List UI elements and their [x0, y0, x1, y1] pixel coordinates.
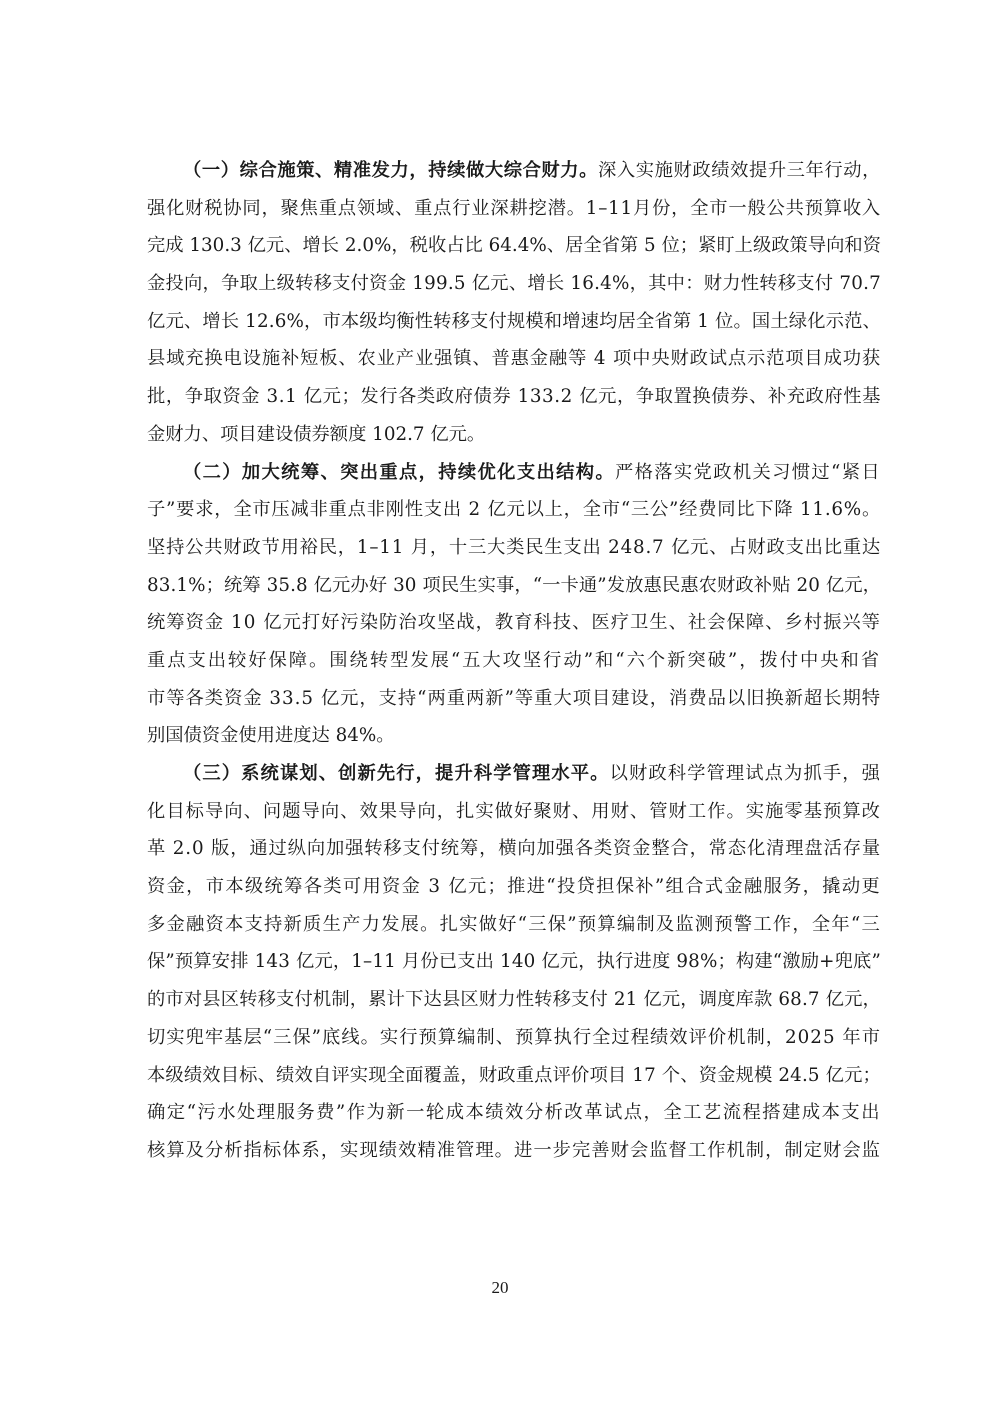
text-line: 83.1%；统筹 35.8 亿元办好 30 项民生实事，“一卡通”发放惠民惠农财…	[147, 567, 881, 605]
page-number: 20	[0, 1278, 1000, 1298]
document-body: （一）综合施策、精准发力，持续做大综合财力。深入实施财政绩效提升三年行动， 强化…	[147, 152, 881, 1170]
text-line: 县域充换电设施补短板、农业产业强镇、普惠金融等 4 项中央财政试点示范项目成功获	[147, 340, 881, 378]
paragraph-3: （三）系统谋划、创新先行，提升科学管理水平。以财政科学管理试点为抓手，强 化目标…	[147, 755, 881, 1170]
text-line: （一）综合施策、精准发力，持续做大综合财力。深入实施财政绩效提升三年行动，	[147, 152, 881, 190]
text-line: 确定“污水处理服务费”作为新一轮成本绩效分析改革试点，全工艺流程搭建成本支出	[147, 1094, 881, 1132]
text-line: 的市对县区转移支付机制，累计下达县区财力性转移支付 21 亿元，调度库款 68.…	[147, 981, 881, 1019]
text-line: 别国债资金使用进度达 84%。	[147, 717, 881, 755]
text-line: 统筹资金 10 亿元打好污染防治攻坚战，教育科技、医疗卫生、社会保障、乡村振兴等	[147, 604, 881, 642]
paragraph-1: （一）综合施策、精准发力，持续做大综合财力。深入实施财政绩效提升三年行动， 强化…	[147, 152, 881, 454]
text-line: 市等各类资金 33.5 亿元，支持“两重两新”等重大项目建设，消费品以旧换新超长…	[147, 680, 881, 718]
text-line: 切实兜牢基层“三保”底线。实行预算编制、预算执行全过程绩效评价机制，2025 年…	[147, 1019, 881, 1057]
text-line: 金投向，争取上级转移支付资金 199.5 亿元、增长 16.4%，其中：财力性转…	[147, 265, 881, 303]
text-line: 亿元、增长 12.6%，市本级均衡性转移支付规模和增速均居全省第 1 位。国土绿…	[147, 303, 881, 341]
text-line: 坚持公共财政节用裕民，1–11 月，十三大类民生支出 248.7 亿元、占财政支…	[147, 529, 881, 567]
text-line: 金财力、项目建设债券额度 102.7 亿元。	[147, 416, 881, 454]
text-line: 多金融资本支持新质生产力发展。扎实做好“三保”预算编制及监测预警工作，全年“三	[147, 906, 881, 944]
text-line: 核算及分析指标体系，实现绩效精准管理。进一步完善财会监督工作机制，制定财会监	[147, 1132, 881, 1170]
paragraph-2: （二）加大统筹、突出重点，持续优化支出结构。严格落实党政机关习惯过“紧日 子”要…	[147, 454, 881, 756]
text-line: 革 2.0 版，通过纵向加强转移支付统筹，横向加强各类资金整合，常态化清理盘活存…	[147, 830, 881, 868]
text-line: 保”预算安排 143 亿元，1–11 月份已支出 140 亿元，执行进度 98%…	[147, 943, 881, 981]
text-line: 子”要求，全市压减非重点非刚性支出 2 亿元以上，全市“三公”经费同比下降 11…	[147, 491, 881, 529]
paragraph-heading: （一）综合施策、精准发力，持续做大综合财力。	[183, 160, 598, 181]
text-line: 资金，市本级统筹各类可用资金 3 亿元；推进“投贷担保补”组合式金融服务，撬动更	[147, 868, 881, 906]
text-line: 化目标导向、问题导向、效果导向，扎实做好聚财、用财、管财工作。实施零基预算改	[147, 793, 881, 831]
paragraph-heading: （三）系统谋划、创新先行，提升科学管理水平。	[183, 763, 610, 784]
text-line: 本级绩效目标、绩效自评实现全面覆盖，财政重点评价项目 17 个、资金规模 24.…	[147, 1057, 881, 1095]
text-line: 重点支出较好保障。围绕转型发展“五大攻坚行动”和“六个新突破”，拨付中央和省	[147, 642, 881, 680]
text-run: 以财政科学管理试点为抓手，强	[610, 763, 881, 784]
text-line: 完成 130.3 亿元、增长 2.0%，税收占比 64.4%、居全省第 5 位；…	[147, 227, 881, 265]
text-line: 强化财税协同，聚焦重点领域、重点行业深耕挖潜。1–11月份，全市一般公共预算收入	[147, 190, 881, 228]
text-line: （三）系统谋划、创新先行，提升科学管理水平。以财政科学管理试点为抓手，强	[147, 755, 881, 793]
paragraph-heading: （二）加大统筹、突出重点，持续优化支出结构。	[183, 462, 615, 483]
text-run: 严格落实党政机关习惯过“紧日	[615, 462, 881, 483]
text-line: （二）加大统筹、突出重点，持续优化支出结构。严格落实党政机关习惯过“紧日	[147, 454, 881, 492]
text-line: 批，争取资金 3.1 亿元；发行各类政府债券 133.2 亿元，争取置换债券、补…	[147, 378, 881, 416]
text-run: 深入实施财政绩效提升三年行动，	[598, 160, 881, 181]
